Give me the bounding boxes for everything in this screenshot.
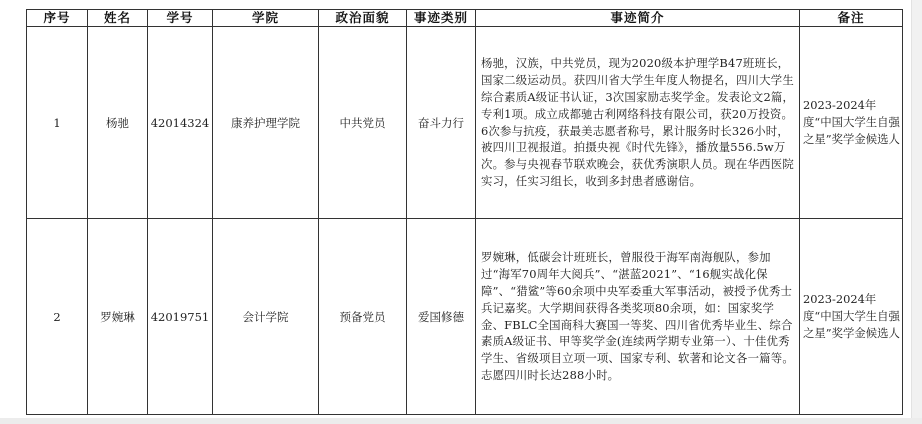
vertical-scrollbar[interactable]: [911, 0, 922, 424]
document-page: 序号 姓名 学号 学院 政治面貌 事迹类别 事迹简介 备注 1 杨驰 42014…: [0, 0, 912, 418]
cell-name: 杨驰: [88, 27, 148, 219]
header-college: 学院: [213, 10, 319, 27]
header-name: 姓名: [88, 10, 148, 27]
cell-political-status: 中共党员: [319, 27, 407, 219]
header-student-id: 学号: [148, 10, 213, 27]
cell-category: 奋斗力行: [407, 27, 476, 219]
cell-note: 2023-2024年度“中国大学生自强之星”奖学金候选人: [800, 219, 903, 415]
cell-student-id: 42014324: [148, 27, 213, 219]
candidate-table: 序号 姓名 学号 学院 政治面貌 事迹类别 事迹简介 备注 1 杨驰 42014…: [26, 9, 903, 415]
table-row: 2 罗婉琳 42019751 会计学院 预备党员 爱国修德 罗婉琳，低碳会计班班…: [27, 219, 903, 415]
header-index: 序号: [27, 10, 88, 27]
header-note: 备注: [800, 10, 903, 27]
cell-student-id: 42019751: [148, 219, 213, 415]
cell-index: 1: [27, 27, 88, 219]
cell-political-status: 预备党员: [319, 219, 407, 415]
cell-description: 罗婉琳，低碳会计班班长，曾服役于海军南海舰队，参加过“海军70周年大阅兵”、“湛…: [476, 219, 800, 415]
cell-description: 杨驰，汉族，中共党员，现为2020级本护理学B47班班长，国家二级运动员。获四川…: [476, 27, 800, 219]
page-bottom-edge: [0, 418, 922, 424]
cell-name: 罗婉琳: [88, 219, 148, 415]
table-row: 1 杨驰 42014324 康养护理学院 中共党员 奋斗力行 杨驰，汉族，中共党…: [27, 27, 903, 219]
cell-college: 康养护理学院: [213, 27, 319, 219]
header-description: 事迹简介: [476, 10, 800, 27]
cell-index: 2: [27, 219, 88, 415]
header-political-status: 政治面貌: [319, 10, 407, 27]
cell-category: 爱国修德: [407, 219, 476, 415]
header-category: 事迹类别: [407, 10, 476, 27]
cell-college: 会计学院: [213, 219, 319, 415]
cell-note: 2023-2024年度“中国大学生自强之星”奖学金候选人: [800, 27, 903, 219]
table-header-row: 序号 姓名 学号 学院 政治面貌 事迹类别 事迹简介 备注: [27, 10, 903, 27]
